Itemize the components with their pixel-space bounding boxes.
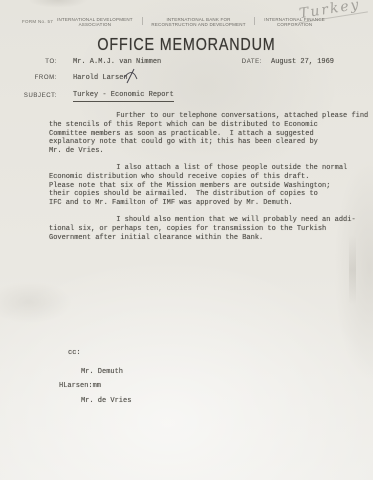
to-label: TO: [19, 59, 57, 65]
org-ida: INTERNATIONAL DEVELOPMENT ASSOCIATION [57, 17, 133, 27]
reference-line: HLarsen:mm [59, 382, 101, 391]
cc-label: cc: [68, 349, 81, 358]
from-label: FROM: [19, 75, 57, 81]
date-label: DATE: [230, 59, 262, 65]
org-ifc: INTERNATIONAL FINANCE CORPORATION [264, 17, 325, 27]
cc-name: Mr. de Vries [81, 397, 131, 407]
handwritten-initials [122, 67, 140, 85]
letterhead-divider [255, 17, 256, 25]
from-value: Harold Larsen [73, 74, 128, 83]
letterhead: INTERNATIONAL DEVELOPMENT ASSOCIATION IN… [57, 17, 325, 27]
scan-smudge [28, 0, 88, 8]
memo-title: OFFICE MEMORANDUM [34, 34, 340, 55]
letterhead-divider [142, 17, 143, 25]
body-paragraph-3: I should also mention that we will proba… [49, 216, 356, 242]
org-ibrd-line2: RECONSTRUCTION AND DEVELOPMENT [151, 22, 245, 27]
subject-label: SUBJECT: [19, 93, 57, 99]
body-paragraph-1: Further to our telephone conversations, … [49, 112, 368, 156]
cc-name: Mr. Demuth [81, 368, 131, 378]
date-value: August 27, 1969 [271, 58, 334, 67]
memo-page: Turkey FORM No. 57 INTERNATIONAL DEVELOP… [0, 0, 373, 480]
scan-streak [349, 235, 356, 305]
org-ifc-line2: CORPORATION [264, 22, 325, 27]
body-paragraph-2: I also attach a list of those people out… [49, 164, 347, 208]
subject-value: Turkey - Economic Report [73, 91, 174, 102]
to-value: Mr. A.M.J. van Nimmen [73, 58, 161, 67]
org-ida-line2: ASSOCIATION [57, 22, 133, 27]
org-ibrd: INTERNATIONAL BANK FOR RECONSTRUCTION AN… [151, 17, 245, 27]
